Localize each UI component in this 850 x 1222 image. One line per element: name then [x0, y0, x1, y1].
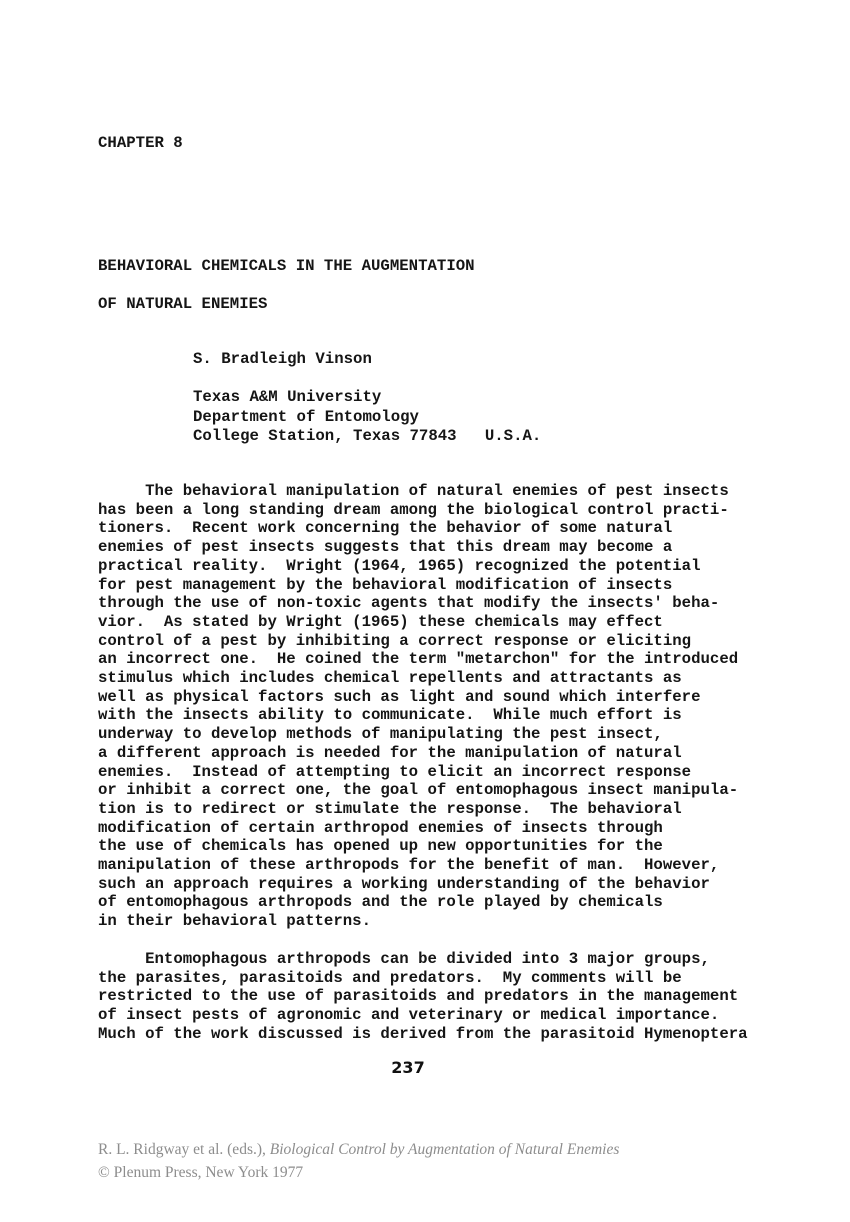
imprint-line-1: R. L. Ridgway et al. (eds.), Biological … — [98, 1138, 778, 1161]
body-paragraph-1: The behavioral manipulation of natural e… — [98, 482, 778, 931]
chapter-label: CHAPTER 8 — [98, 134, 183, 153]
author-affiliation: Texas A&M University Department of Entom… — [193, 388, 541, 447]
imprint-footer: R. L. Ridgway et al. (eds.), Biological … — [98, 1138, 778, 1184]
body-paragraph-2: Entomophagous arthropods can be divided … — [98, 950, 778, 1044]
article-title-line-1: BEHAVIORAL CHEMICALS IN THE AUGMENTATION — [98, 257, 475, 276]
article-title-line-2: OF NATURAL ENEMIES — [98, 295, 267, 314]
editors-text: R. L. Ridgway et al. (eds.), — [98, 1141, 270, 1158]
book-title-text: Biological Control by Augmentation of Na… — [270, 1141, 620, 1158]
author-name: S. Bradleigh Vinson — [193, 350, 372, 369]
page-number: 237 — [98, 1058, 718, 1077]
document-page: CHAPTER 8 BEHAVIORAL CHEMICALS IN THE AU… — [0, 0, 850, 1222]
copyright-line: © Plenum Press, New York 1977 — [98, 1161, 778, 1184]
